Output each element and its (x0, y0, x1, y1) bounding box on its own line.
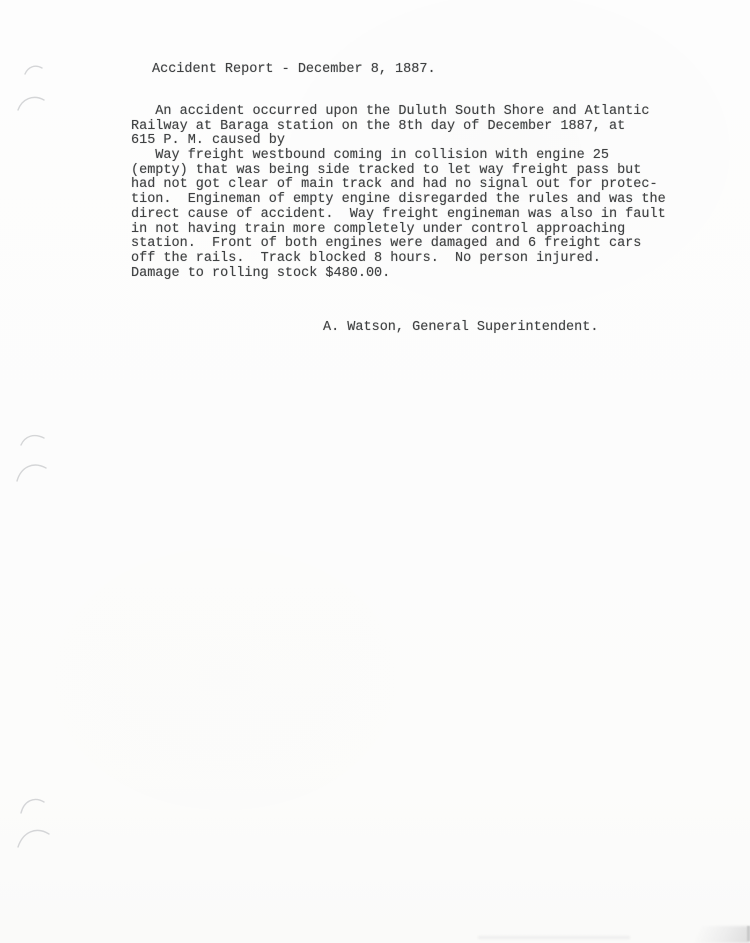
binder-arc-mark (20, 796, 45, 815)
body-line: Way freight westbound coming in collisio… (131, 149, 666, 164)
body-line: had not got clear of main track and had … (131, 178, 666, 193)
body-line: An accident occurred upon the Duluth Sou… (131, 105, 666, 120)
body-line: tion. Engineman of empty engine disregar… (131, 193, 666, 208)
scanned-document-page: Accident Report - December 8, 1887. An a… (0, 0, 750, 943)
binder-arc-mark (20, 433, 45, 447)
body-line: station. Front of both engines were dama… (131, 237, 666, 252)
body-line: direct cause of accident. Way freight en… (131, 208, 666, 223)
binder-arc-mark (24, 64, 43, 76)
document-heading: Accident Report - December 8, 1887. (152, 62, 436, 77)
binder-arc-mark (17, 94, 45, 112)
body-line: off the rails. Track blocked 8 hours. No… (131, 252, 666, 267)
binder-arc-mark (16, 461, 47, 483)
body-line: 615 P. M. caused by (131, 134, 666, 149)
scan-smudge (662, 926, 750, 943)
body-line: in not having train more completely unde… (131, 223, 666, 238)
binder-arc-mark (17, 826, 50, 849)
document-body: An accident occurred upon the Duluth Sou… (131, 105, 666, 281)
signature-line: A. Watson, General Superintendent. (323, 320, 598, 335)
body-line: Damage to rolling stock $480.00. (131, 267, 666, 282)
scan-smudge (478, 936, 630, 939)
